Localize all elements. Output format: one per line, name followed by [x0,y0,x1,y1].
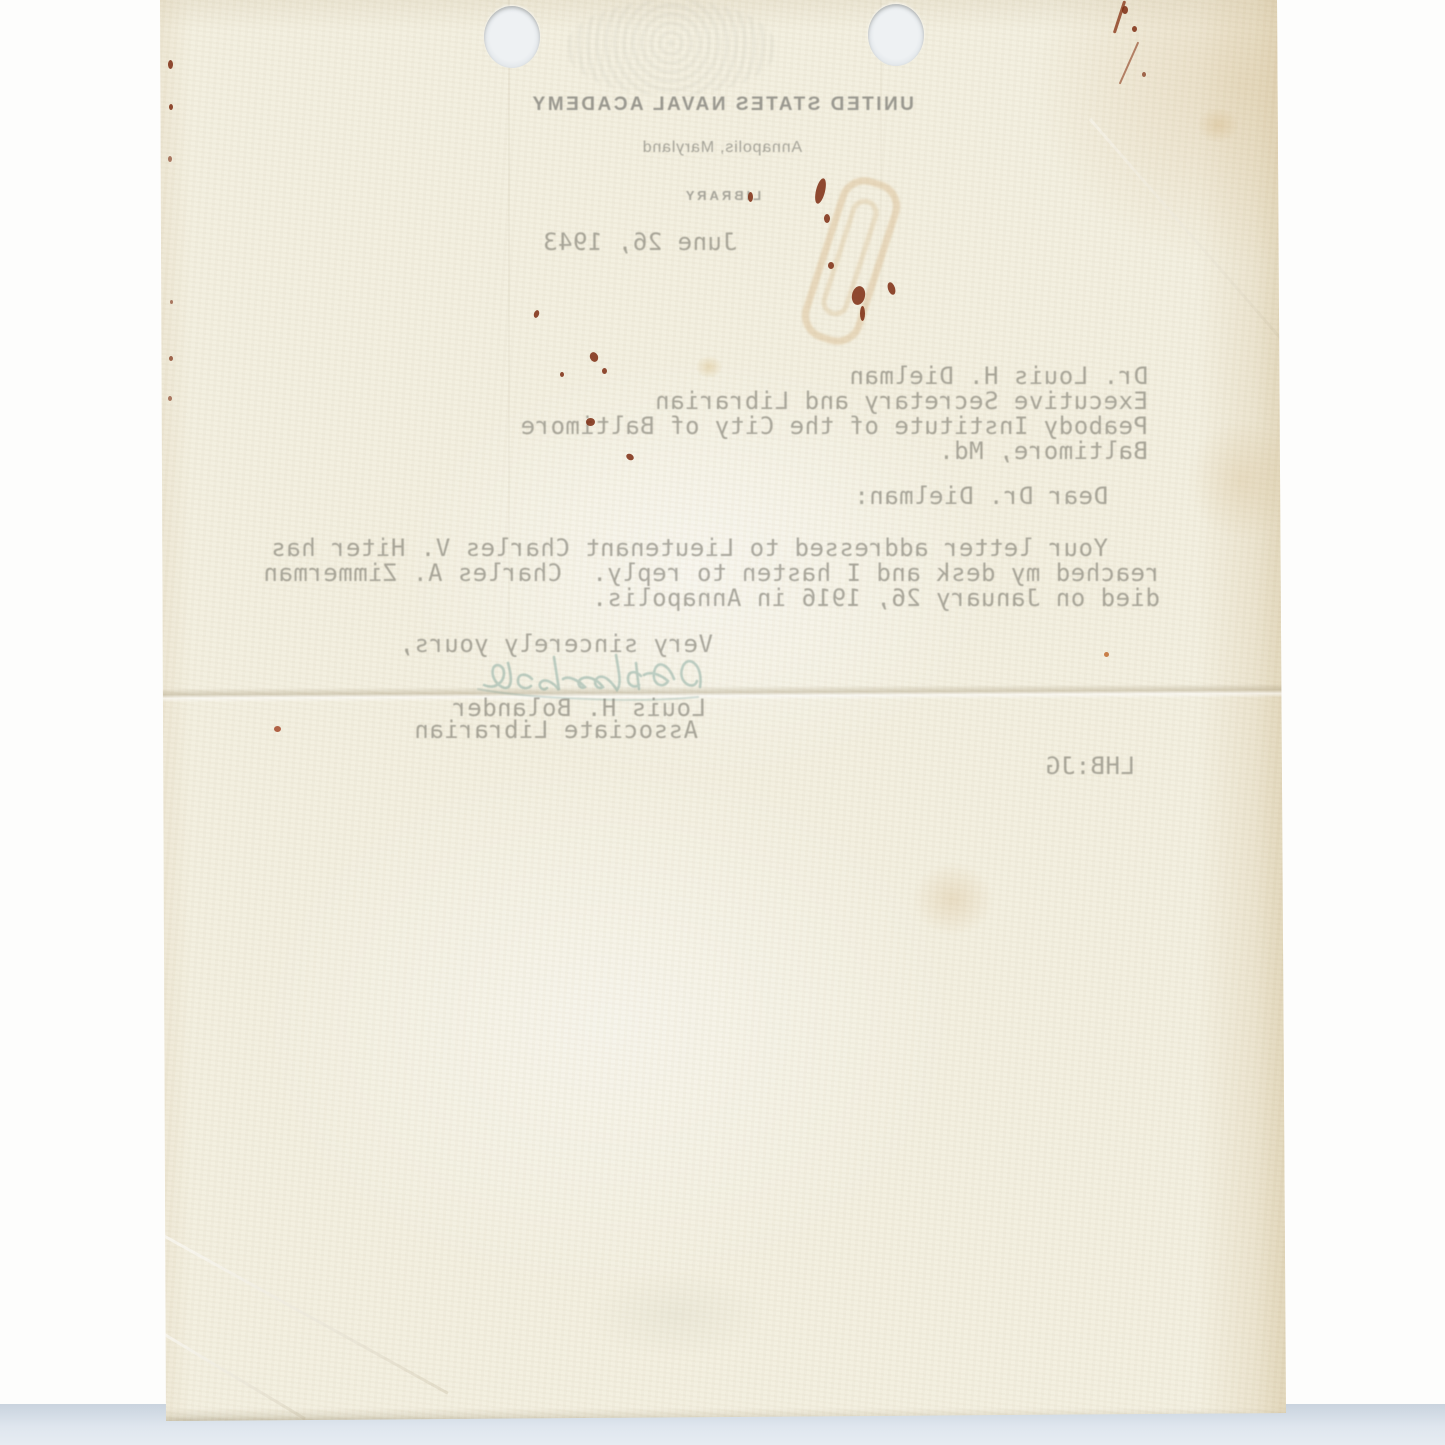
salutation: Dear Dr. Dielman: [854,482,1108,510]
body-line-1: Your letter addressed to Lieutenant Char… [271,534,1108,562]
recipient-line-2: Executive Secretary and Librarian [655,387,1148,415]
letter-paper: UNITED STATES NAVAL ACADEMY Annapolis, M… [156,0,1288,1422]
recipient-line-3: Peabody Institute of the City of Baltimo… [520,412,1148,440]
scanned-letter-verso-photo: UNITED STATES NAVAL ACADEMY Annapolis, M… [0,0,1445,1445]
recipient-line-4: Baltimore, Md. [939,437,1148,465]
letterhead-line1: UNITED STATES NAVAL ACADEMY [156,94,1288,116]
letterhead-line2: Annapolis, Maryland [156,139,1288,157]
letterhead-line3: LIBRARY [156,188,1288,203]
bleed-through-text-layer: UNITED STATES NAVAL ACADEMY Annapolis, M… [156,0,1288,1422]
body-line-2: reached my desk and I hasten to reply. C… [263,559,1160,587]
signer-title: Associate Librarian [414,716,698,744]
body-line-3: died on January 26, 1916 in Annapolis. [592,584,1160,612]
recipient-line-1: Dr. Louis H. Dielman [849,362,1148,390]
date-line: June 26, 1943 [543,228,737,256]
reference-initials: LHB:JG [1045,752,1135,780]
